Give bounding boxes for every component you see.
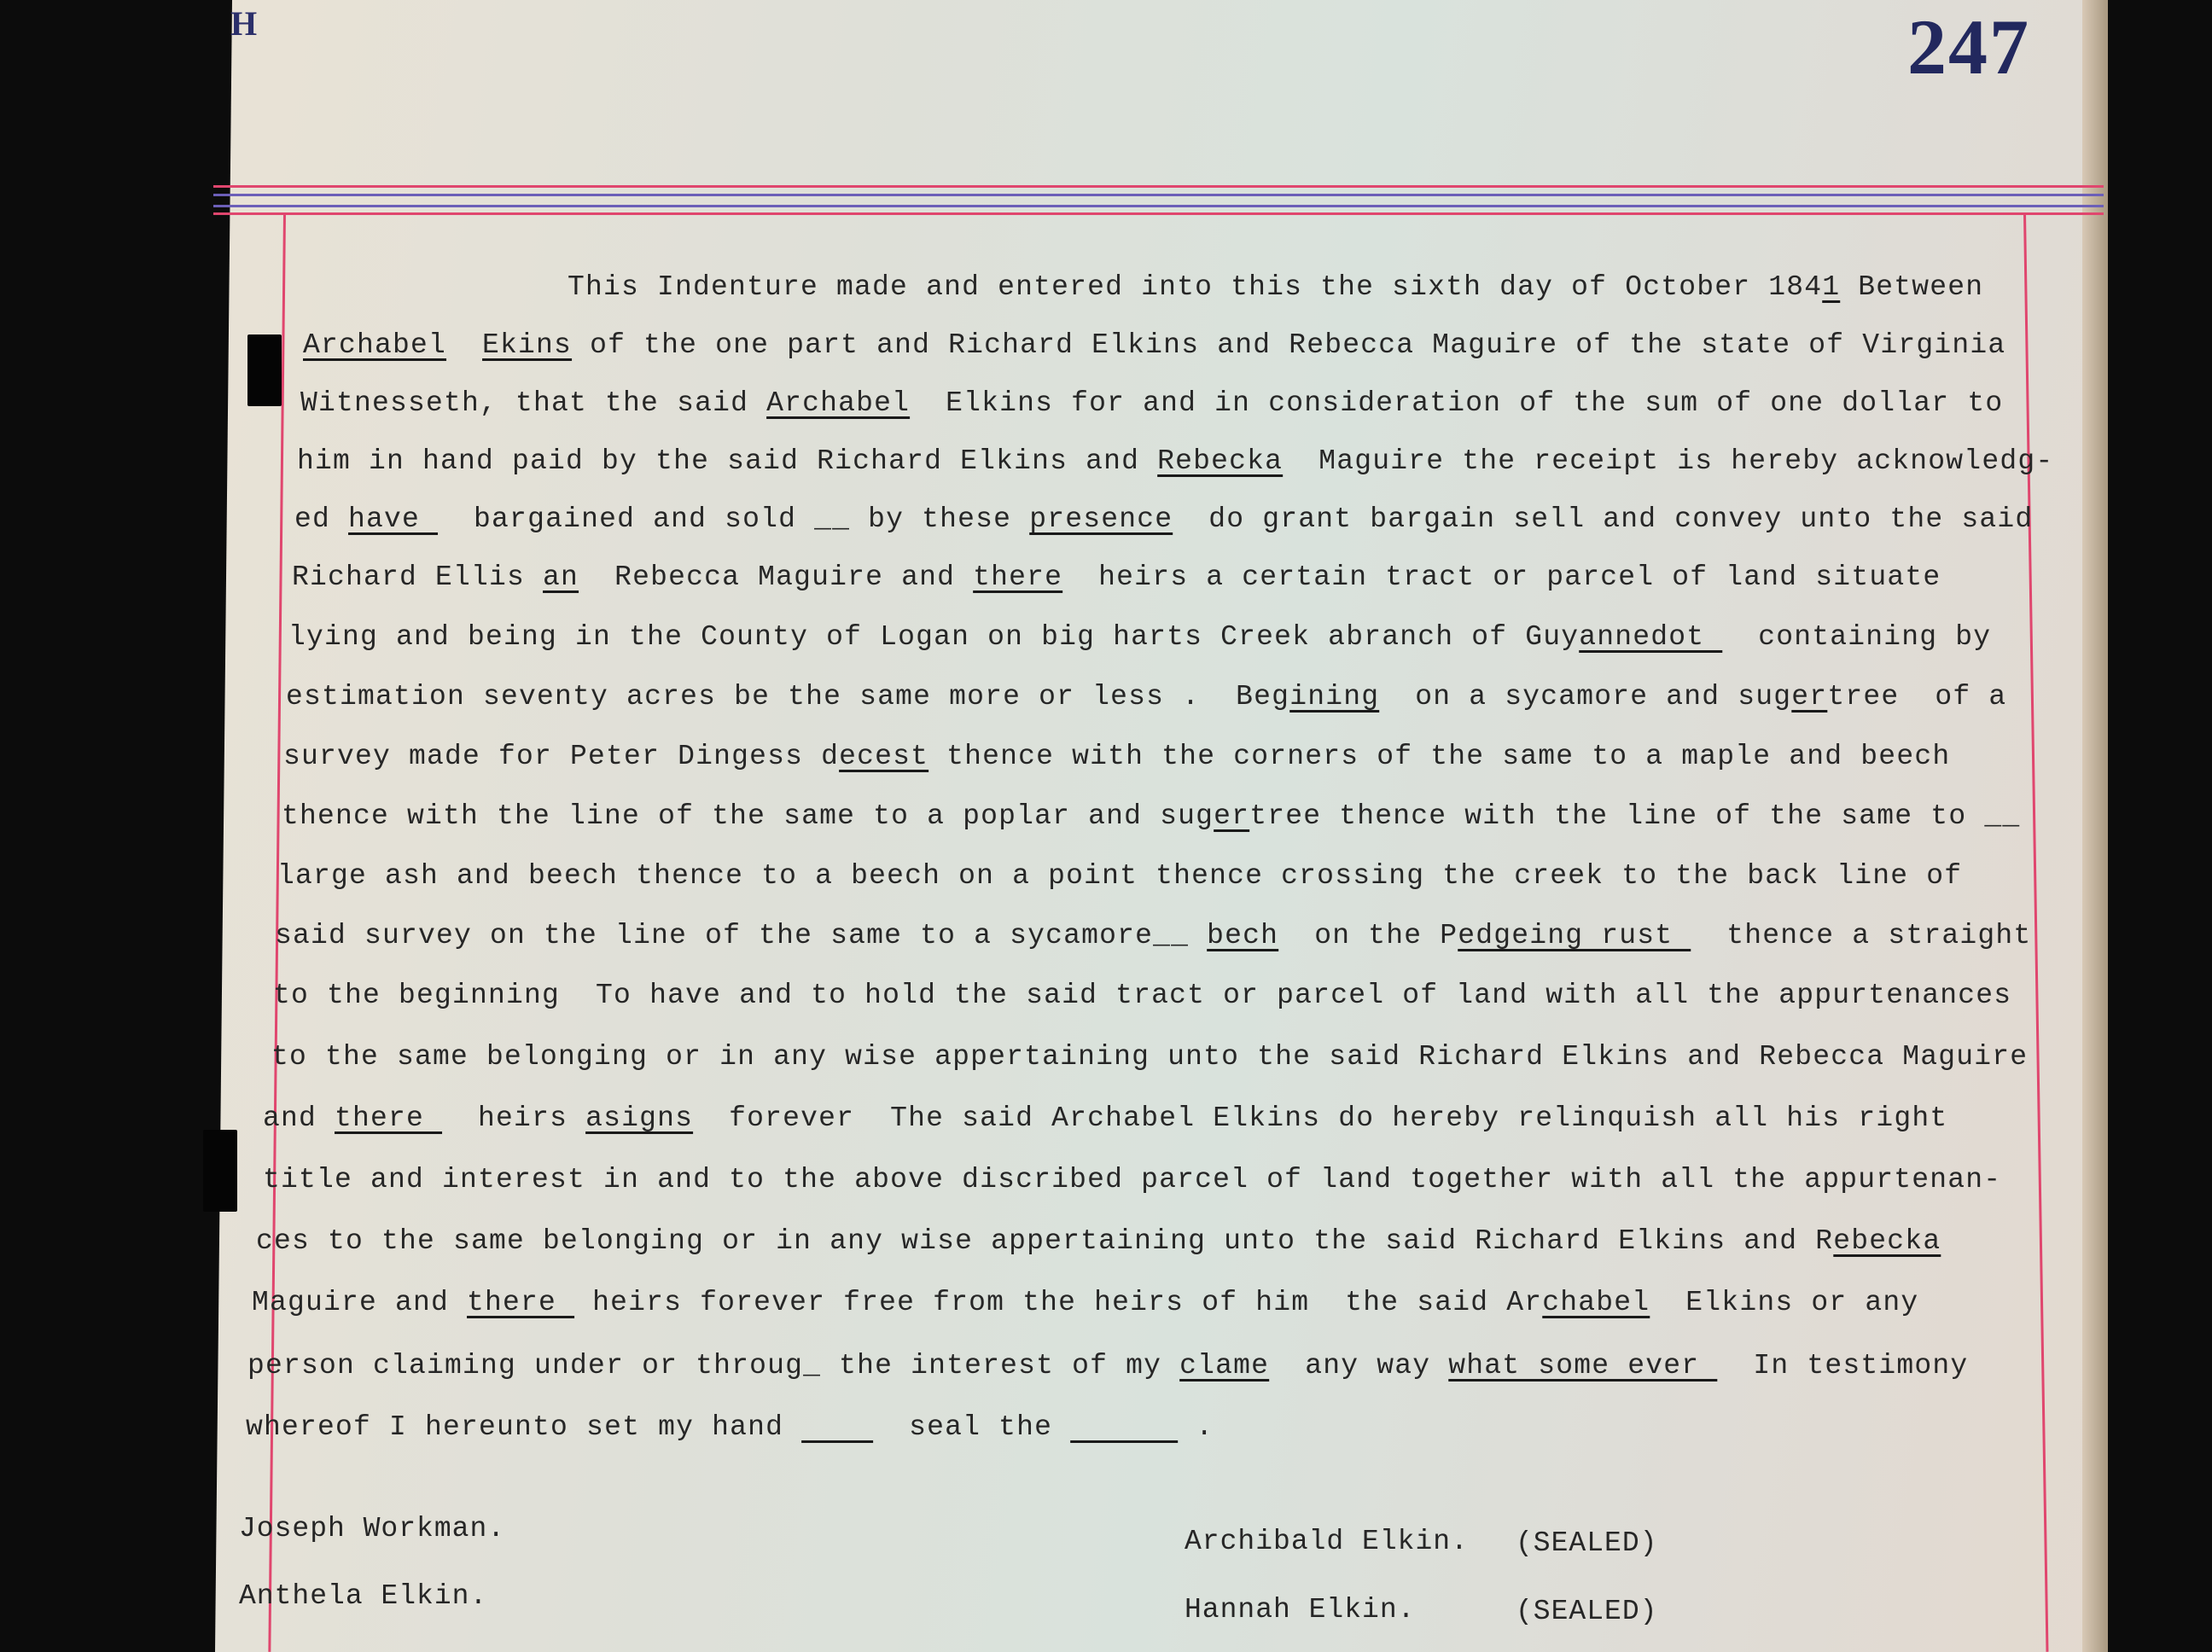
text-segment: whereof I hereunto set my hand <box>246 1411 801 1443</box>
text-segment: heirs a certain tract or parcel of land … <box>1062 561 1941 593</box>
text-segment: any way <box>1269 1350 1448 1382</box>
underlined-text: er <box>1791 681 1827 713</box>
underlined-text <box>1070 1411 1178 1443</box>
text-segment <box>446 329 482 361</box>
text-segment: estimation seventy acres be the same mor… <box>286 681 1289 713</box>
deed-line: to the same belonging or in any wise app… <box>271 1041 2028 1073</box>
text-segment: tree thence with the line of the same to… <box>1249 800 2020 832</box>
underlined-text: there <box>973 561 1062 593</box>
margin-marker-tab <box>247 334 282 406</box>
text-segment: bargained and sold <box>438 503 814 535</box>
header-rule-red-bottom <box>213 212 2104 215</box>
text-segment: containing by <box>1722 621 1991 653</box>
text-segment: large ash and beech thence to a beech on… <box>277 860 1962 892</box>
underlined-text: annedot <box>1579 621 1722 653</box>
grantor-signature: Hannah Elkin. <box>1185 1594 1415 1626</box>
underlined-text: clame <box>1179 1350 1269 1382</box>
underlined-text: have <box>348 503 438 535</box>
text-segment: on a sycamore and sug <box>1379 681 1791 713</box>
underlined-text: presence <box>1029 503 1173 535</box>
deed-line: said survey on the line of the same to a… <box>275 920 2031 951</box>
deed-line: and there heirs asigns forever The said … <box>263 1102 1947 1134</box>
underlined-text: Archabel <box>303 329 446 361</box>
deed-line: person claiming under or throug_ the int… <box>247 1350 1968 1382</box>
text-segment: thence with the line of the same to a po… <box>282 800 1214 832</box>
text-segment: seal the <box>873 1411 1070 1443</box>
deed-line: whereof I hereunto set my hand seal the … <box>246 1411 1214 1443</box>
text-segment: of the one part and Richard Elkins and R… <box>572 329 2005 361</box>
deed-line: estimation seventy acres be the same mor… <box>286 681 2006 713</box>
text-segment: heirs forever free from the heirs of him… <box>574 1287 1542 1318</box>
text-segment: ces to the same belonging or in any wise… <box>256 1225 1833 1257</box>
underlined-text: what some ever <box>1448 1350 1717 1382</box>
text-segment: Elkins or any <box>1650 1287 1918 1318</box>
witness-signature: Anthela Elkin. <box>239 1580 487 1612</box>
text-segment: on the P <box>1278 920 1458 951</box>
text-segment: Richard Ellis <box>292 561 543 593</box>
deed-line: Witnesseth, that the said Archabel Elkin… <box>300 387 2003 419</box>
text-segment: survey made for Peter Dingess d <box>283 741 839 772</box>
text-segment: This Indenture made and entered into thi… <box>568 271 1822 303</box>
underlined-text: Rebecka <box>1157 445 1283 477</box>
text-segment: thence with the corners of the same to a… <box>928 741 1950 772</box>
seal-label: (SEALED) <box>1516 1596 1657 1627</box>
text-segment: title and interest in and to the above d… <box>263 1164 2001 1195</box>
grantor-signature: Archibald Elkin. <box>1185 1526 1469 1557</box>
text-segment: do grant bargain sell and convey unto th… <box>1173 503 2033 535</box>
text-segment: forever The said Archabel Elkins do here… <box>693 1102 1947 1134</box>
text-segment: . <box>1178 1411 1214 1443</box>
text-segment: to the beginning To have and to hold the… <box>273 980 2011 1011</box>
text-segment: tree of a <box>1827 681 2006 713</box>
page-number: 247 <box>1907 2 2030 92</box>
deed-line: to the beginning To have and to hold the… <box>273 980 2011 1011</box>
deed-line: lying and being in the County of Logan o… <box>288 621 1991 653</box>
header-rule-blue-bottom <box>213 205 2104 207</box>
deed-line: him in hand paid by the said Richard Elk… <box>297 445 2053 477</box>
corner-letter: H <box>230 3 257 44</box>
underlined-text: asigns <box>585 1102 693 1134</box>
text-segment: ed <box>294 503 348 535</box>
underlined-text: er <box>1214 800 1249 832</box>
text-segment: Witnesseth, that the said <box>300 387 766 419</box>
deed-line: This Indenture made and entered into thi… <box>568 271 1983 303</box>
text-segment: Between <box>1840 271 1983 303</box>
underlined-text: there <box>467 1287 574 1318</box>
underlined-text: bech <box>1207 920 1278 951</box>
text-segment: heirs <box>442 1102 585 1134</box>
margin-marker-tab <box>203 1130 237 1212</box>
underlined-text: an <box>543 561 579 593</box>
text-segment: to the same belonging or in any wise app… <box>271 1041 2028 1073</box>
underlined-text: Archabel <box>766 387 910 419</box>
text-segment: Maguire the receipt is hereby acknowledg… <box>1283 445 2053 477</box>
deed-line: title and interest in and to the above d… <box>263 1164 2001 1195</box>
underlined-text: ining <box>1289 681 1379 713</box>
text-segment: and <box>263 1102 335 1134</box>
header-rule-red-top <box>213 185 2104 188</box>
underlined-text: chabel <box>1542 1287 1650 1318</box>
witness-signature: Joseph Workman. <box>239 1513 505 1544</box>
page-edge <box>2082 0 2108 1652</box>
text-segment: thence a straight <box>1691 920 2031 951</box>
deed-line: ed have bargained and sold __ by these p… <box>294 503 2033 535</box>
text-segment: Rebecca Maguire and <box>579 561 973 593</box>
text-segment: person claiming under or throug_ the int… <box>247 1350 1179 1382</box>
deed-line: Maguire and there heirs forever free fro… <box>252 1287 1918 1318</box>
underlined-text <box>801 1411 873 1443</box>
deed-line: large ash and beech thence to a beech on… <box>277 860 1962 892</box>
underlined-text: Ekins <box>482 329 572 361</box>
underlined-text: edgeing rust <box>1458 920 1691 951</box>
text-segment: Elkins for and in consideration of the s… <box>910 387 2003 419</box>
text-segment: said survey on the line of the same to a… <box>275 920 1207 951</box>
deed-line: survey made for Peter Dingess decest the… <box>283 741 1950 772</box>
text-segment: Maguire and <box>252 1287 467 1318</box>
deed-line: thence with the line of the same to a po… <box>282 800 2020 832</box>
header-rule-blue-top <box>213 194 2104 196</box>
seal-label: (SEALED) <box>1516 1527 1657 1559</box>
text-segment: __ <box>814 503 850 535</box>
text-segment: him in hand paid by the said Richard Elk… <box>297 445 1157 477</box>
underlined-text: 1 <box>1822 271 1840 303</box>
underlined-text: ebecka <box>1833 1225 1941 1257</box>
underlined-text: there <box>335 1102 442 1134</box>
deed-line: ces to the same belonging or in any wise… <box>256 1225 1941 1257</box>
text-segment: by these <box>850 503 1029 535</box>
text-segment: In testimony <box>1717 1350 1968 1382</box>
underlined-text: ecest <box>839 741 928 772</box>
deed-line: Archabel Ekins of the one part and Richa… <box>303 329 2005 361</box>
text-segment: lying and being in the County of Logan o… <box>288 621 1579 653</box>
deed-line: Richard Ellis an Rebecca Maguire and the… <box>292 561 1941 593</box>
